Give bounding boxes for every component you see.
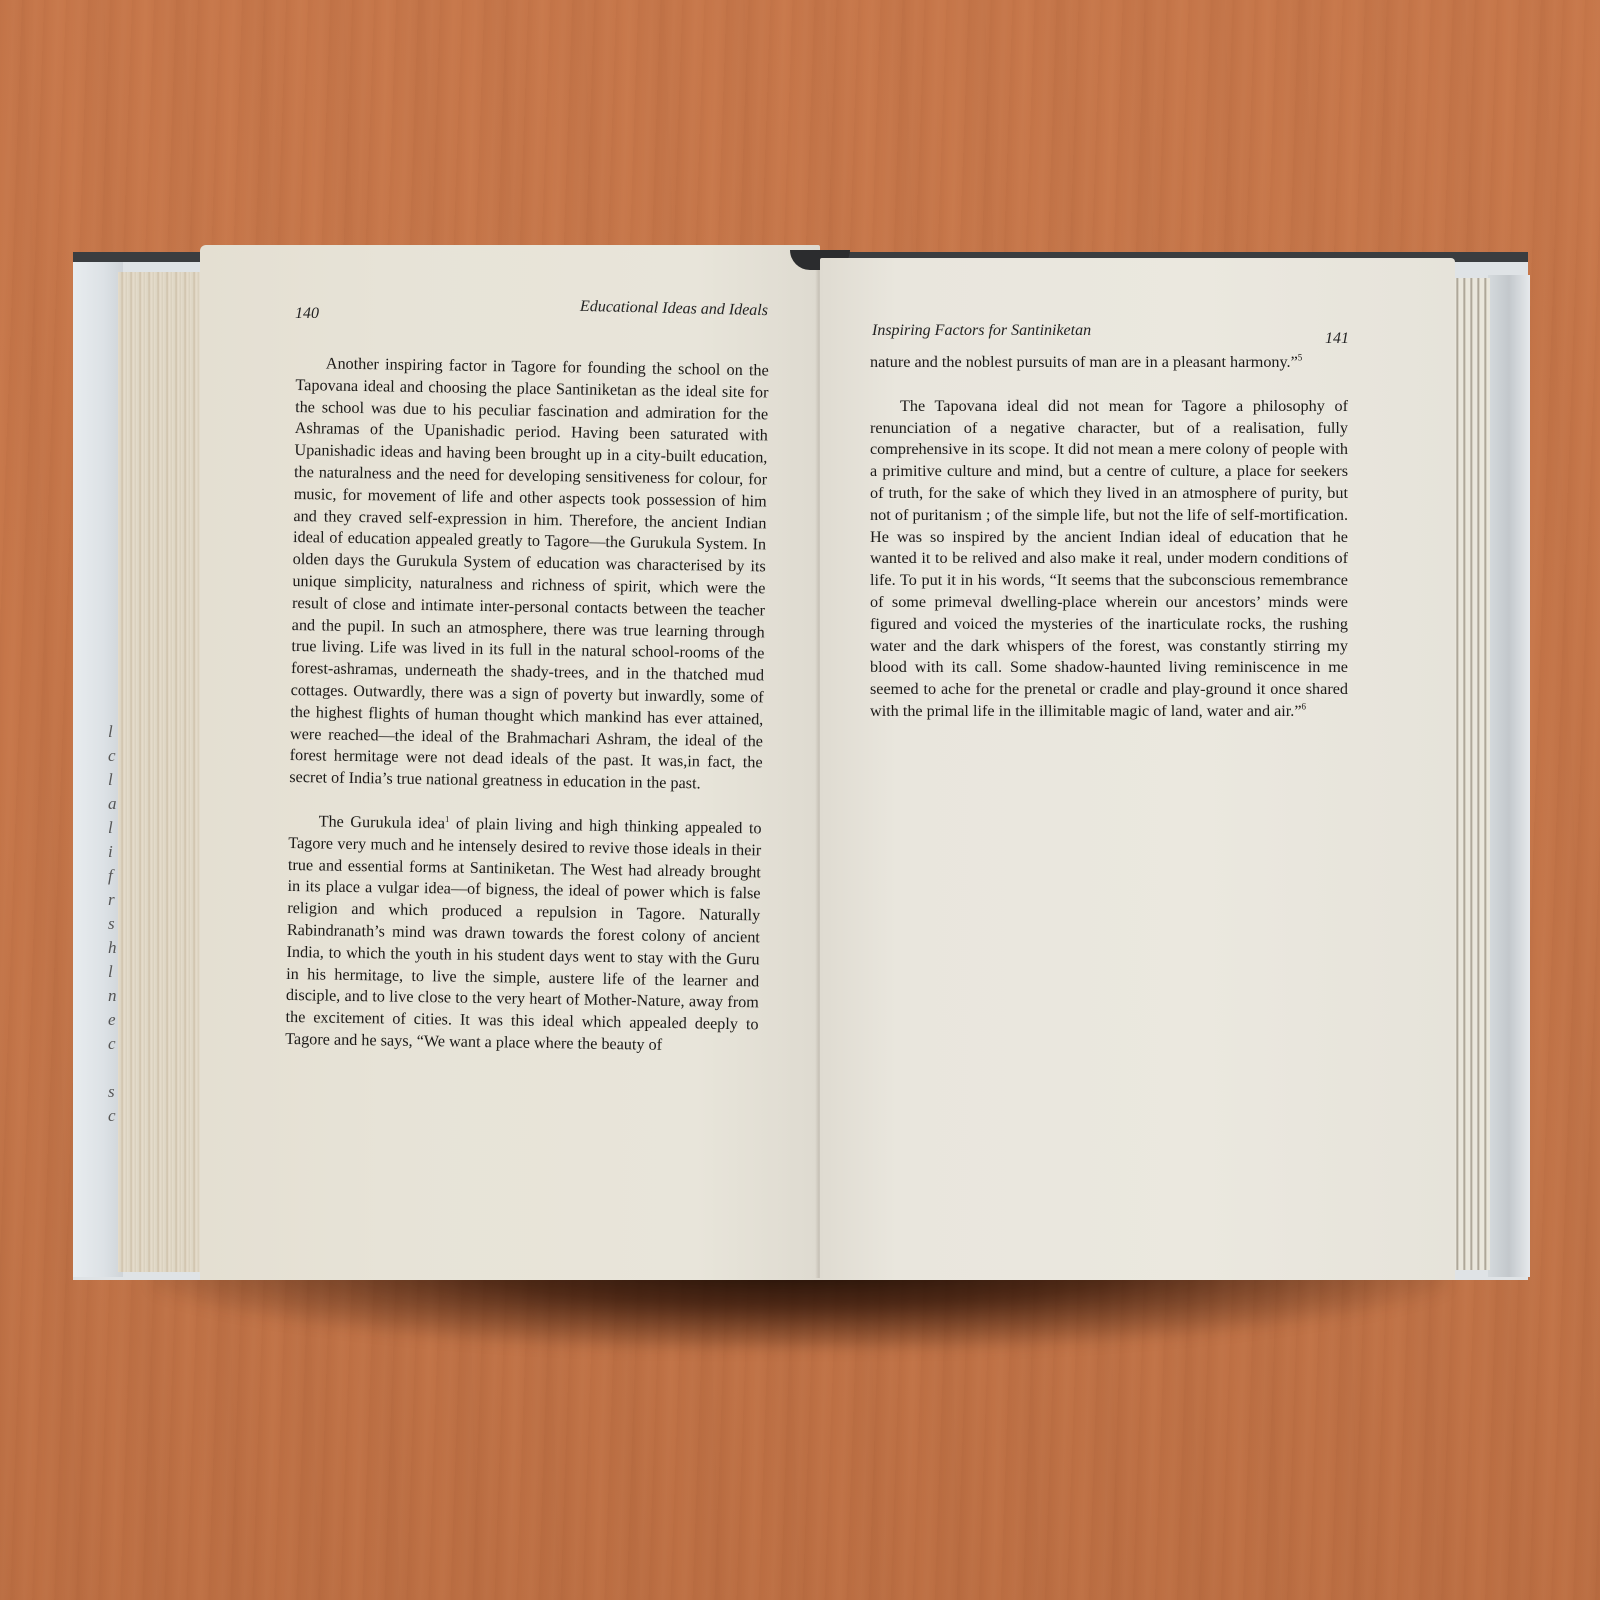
- paragraph-text: The Tapovana ideal did not mean for Tago…: [870, 397, 1348, 720]
- running-head: Inspiring Factors for Santiniketan: [872, 322, 1091, 340]
- footnote-marker[interactable]: 6: [1302, 702, 1307, 712]
- left-page-text: Another inspiring factor in Tagore for f…: [285, 353, 769, 1058]
- paragraph-text: nature and the noblest pursuits of man a…: [870, 353, 1298, 371]
- paragraph: The Gurukula idea1 of plain living and h…: [285, 811, 762, 1058]
- page-number: 140: [295, 305, 319, 323]
- paragraph-text: of plain living and high thinking appeal…: [285, 814, 762, 1053]
- paragraph-text: The Gurukula idea: [319, 812, 446, 832]
- paragraph: nature and the noblest pursuits of man a…: [870, 352, 1348, 374]
- paragraph: The Tapovana ideal did not mean for Tago…: [870, 396, 1348, 723]
- right-page-text: nature and the noblest pursuits of man a…: [870, 352, 1348, 723]
- running-head: Educational Ideas and Ideals: [580, 298, 768, 320]
- left-page-stack: [118, 272, 204, 1272]
- left-page[interactable]: 140 Educational Ideas and Ideals Another…: [200, 245, 820, 1280]
- paragraph: Another inspiring factor in Tagore for f…: [289, 353, 769, 796]
- footnote-marker[interactable]: 5: [1298, 353, 1303, 363]
- right-page-stack: [1452, 278, 1490, 1270]
- right-page[interactable]: Inspiring Factors for Santiniketan 141 n…: [820, 258, 1455, 1280]
- page-number: 141: [1325, 330, 1349, 348]
- cover-right-edge: [1488, 275, 1530, 1277]
